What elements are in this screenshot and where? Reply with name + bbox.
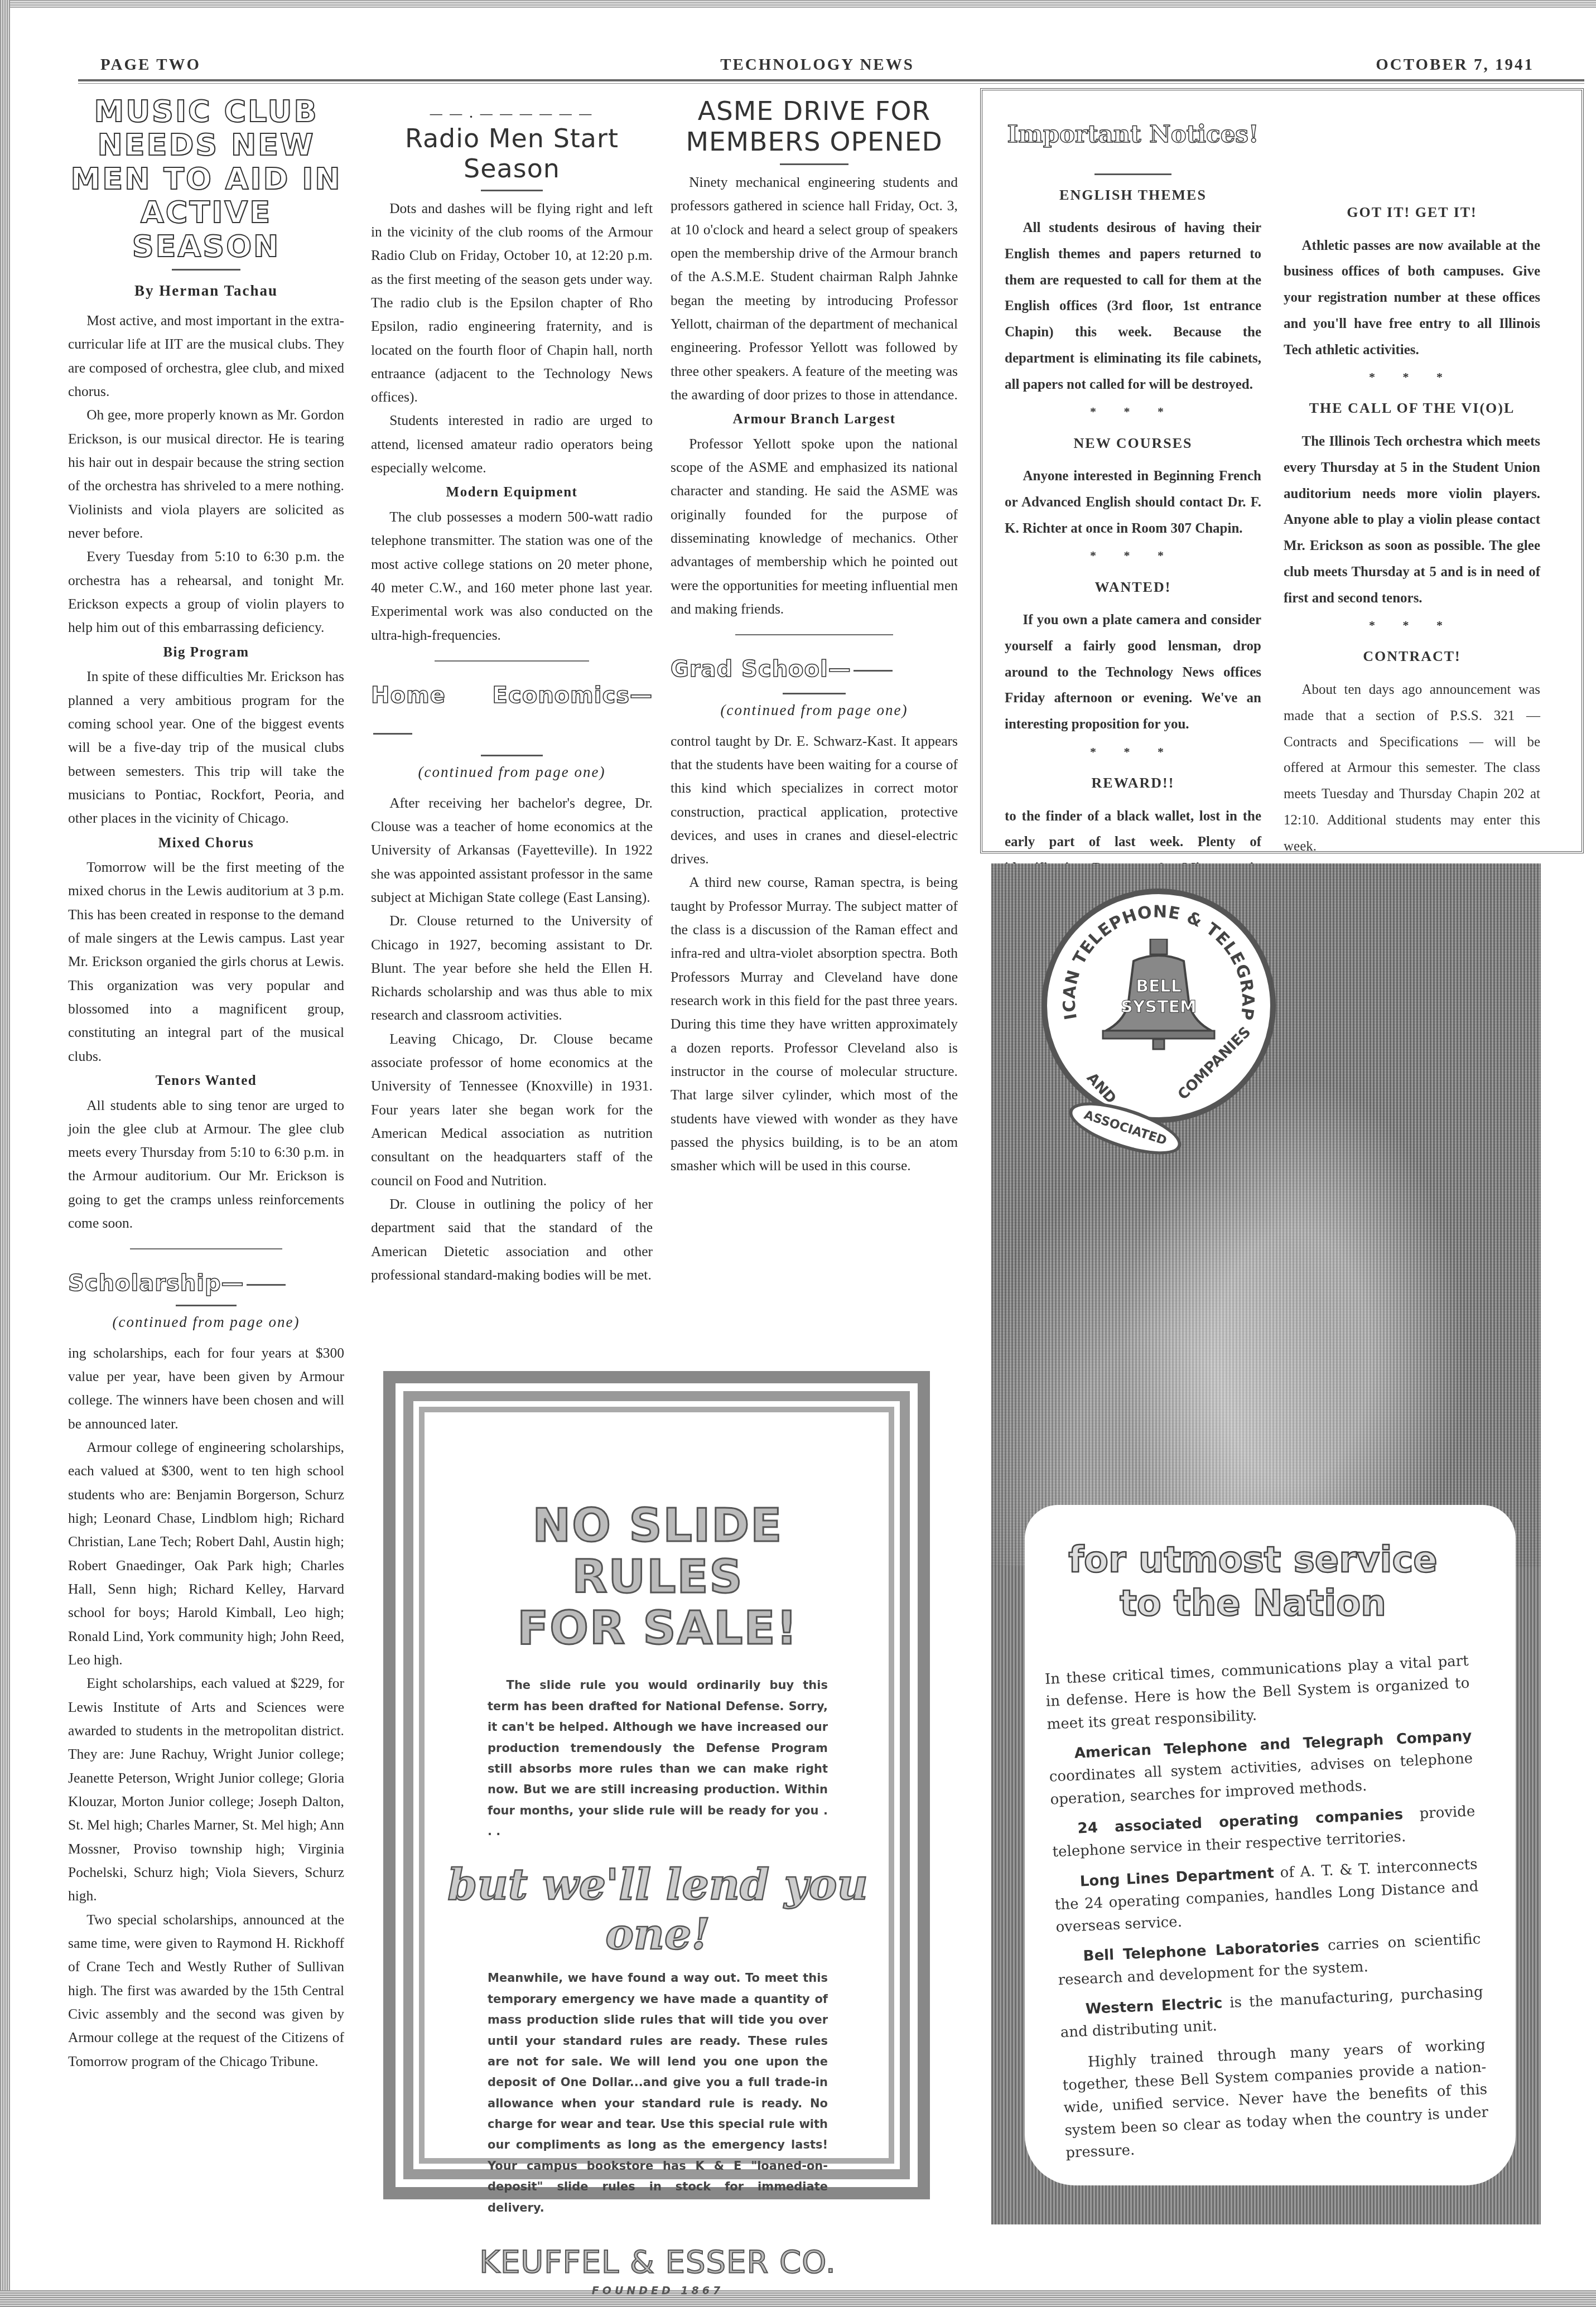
article-paragraph: Oh gee, more properly known as Mr. Gordo…	[68, 403, 344, 545]
article-paragraph: Most active, and most important in the e…	[68, 309, 344, 403]
newspaper-name: TECHNOLOGY NEWS	[100, 56, 1534, 74]
keuffel-esser-ad: NO SLIDE RULES FOR SALE! The slide rule …	[383, 1371, 930, 2199]
separator-stars: * * *	[1005, 544, 1261, 567]
notices-column-right: GOT IT! GET IT! Athletic passes are now …	[1284, 113, 1540, 908]
notice-body: About ten days ago announcement was made…	[1284, 677, 1540, 860]
article-paragraph: Two special scholarships, announced at t…	[68, 1908, 344, 2073]
notice-heading: CONTRACT!	[1284, 643, 1540, 670]
article-paragraph: The club possesses a modern 500-watt rad…	[371, 505, 653, 647]
notice-body: Anyone interested in Beginning French or…	[1005, 464, 1261, 542]
separator-stars: * * *	[1005, 740, 1261, 763]
ke-founded: FOUNDED 1867	[440, 2285, 875, 2297]
notice-heading: GOT IT! GET IT!	[1284, 199, 1540, 226]
separator-stars: * * *	[1284, 365, 1540, 388]
headline-asme: ASME DRIVE FOR MEMBERS OPENED	[671, 96, 958, 158]
divider	[481, 190, 543, 191]
ke-ad-body: Meanwhile, we have found a way out. To m…	[488, 1968, 828, 2218]
divider	[1094, 173, 1171, 175]
scan-edge-top	[0, 0, 1596, 8]
notice-body: The Illinois Tech orchestra which meets …	[1284, 429, 1540, 611]
article-paragraph: Professor Yellott spoke upon the nationa…	[671, 432, 958, 621]
bell-ad-intro: In these critical times, communications …	[1044, 1650, 1471, 1736]
article-paragraph: After receiving her bachelor's degree, D…	[371, 791, 653, 910]
column-asme: ASME DRIVE FOR MEMBERS OPENED Ninety mec…	[671, 96, 958, 1178]
ke-ad-headline-line1: NO SLIDE RULES	[440, 1500, 875, 1603]
bell-ad-item-lead: Western Electric	[1085, 1995, 1223, 2018]
separator-stars: * * *	[1005, 400, 1261, 423]
article-paragraph: A third new course, Raman spectra, is be…	[671, 871, 958, 1177]
ke-ad-headline-line2: FOR SALE!	[440, 1603, 875, 1654]
notice-heading: ENGLISH THEMES	[1005, 182, 1261, 209]
ke-ad-content: NO SLIDE RULES FOR SALE! The slide rule …	[440, 1383, 875, 2297]
article-paragraph: Ninety mechanical engineering students a…	[671, 171, 958, 407]
divider	[481, 755, 543, 756]
bell-ad-headline-line1: for utmost service	[1041, 1538, 1465, 1582]
article-paragraph: Students interested in radio are urged t…	[371, 409, 653, 480]
svg-text:AND: AND	[1083, 1070, 1120, 1107]
bell-ad-item-lead: Long Lines Department	[1079, 1865, 1274, 1890]
continued-note: (continued from page one)	[671, 698, 958, 723]
article-paragraph: Dr. Clouse returned to the University of…	[371, 909, 653, 1027]
subhead: Big Program	[68, 641, 344, 664]
issue-date: OCTOBER 7, 1941	[1376, 56, 1534, 74]
bell-ad-closing: Highly trained through many years of wor…	[1061, 2034, 1489, 2164]
subhead: Mixed Chorus	[68, 832, 344, 855]
bell-ad-headline: for utmost service to the Nation	[1041, 1538, 1465, 1625]
subhead: Armour Branch Largest	[671, 408, 958, 431]
notices-title: Important Notices!	[1005, 113, 1261, 157]
article-paragraph: Every Tuesday from 5:10 to 6:30 p.m. the…	[68, 545, 344, 639]
divider	[130, 1248, 282, 1249]
heading-home-economics: Home Economics—	[371, 677, 653, 751]
important-notices-box: Important Notices! ENGLISH THEMES All st…	[980, 88, 1584, 853]
ke-ad-headline: NO SLIDE RULES FOR SALE!	[440, 1500, 875, 1654]
scan-edge-left	[0, 0, 10, 2307]
continued-note: (continued from page one)	[371, 760, 653, 785]
page-header: PAGE TWO TECHNOLOGY NEWS OCTOBER 7, 1941	[100, 56, 1534, 78]
bell-system-logo: AMERICAN TELEPHONE & TELEGRAPH CO. AND C…	[1042, 889, 1276, 1123]
subhead: Tenors Wanted	[68, 1069, 344, 1093]
ke-ad-body: The slide rule you would ordinarily buy …	[488, 1675, 828, 1842]
bell-system-ad: AMERICAN TELEPHONE & TELEGRAPH CO. AND C…	[991, 863, 1541, 2224]
article-paragraph: Leaving Chicago, Dr. Clouse became assoc…	[371, 1027, 653, 1193]
divider	[435, 660, 590, 662]
article-paragraph: Eight scholarships, each valued at $229,…	[68, 1672, 344, 1908]
article-paragraph: All students able to sing tenor are urge…	[68, 1094, 344, 1235]
column-music-club: MUSIC CLUB NEEDS NEW MEN TO AID IN ACTIV…	[68, 95, 344, 2073]
header-rule	[78, 79, 1584, 84]
subhead: Modern Equipment	[371, 481, 653, 504]
morse-kicker: — — . — — — — — —	[371, 108, 653, 120]
notice-heading: WANTED!	[1005, 574, 1261, 601]
notice-body: All students desirous of having their En…	[1005, 215, 1261, 398]
byline: By Herman Tachau	[68, 278, 344, 303]
continued-note: (continued from page one)	[68, 1310, 344, 1335]
notice-heading: REWARD!!	[1005, 770, 1261, 797]
article-paragraph: ing scholarships, each for four years at…	[68, 1341, 344, 1436]
ke-company-name: KEUFFEL & ESSER CO.	[440, 2244, 875, 2280]
article-paragraph: In spite of these difficulties Mr. Erick…	[68, 665, 344, 830]
bell-ad-copy: for utmost service to the Nation In thes…	[1039, 1529, 1490, 2172]
bell-ad-item: Western Electric is the manufacturing, p…	[1059, 1981, 1484, 2044]
divider	[176, 1305, 237, 1306]
headline-music-club: MUSIC CLUB NEEDS NEW MEN TO AID IN ACTIV…	[68, 95, 344, 263]
ke-ad-script-tagline: but we'll lend you one!	[440, 1860, 875, 1959]
bell-ad-item: Long Lines Department of A. T. & T. inte…	[1053, 1853, 1480, 1939]
divider	[735, 634, 893, 635]
bell-ad-item: American Telephone and Telegraph Company…	[1048, 1725, 1474, 1811]
bell-ad-item: 24 associated operating companies provid…	[1051, 1800, 1477, 1864]
column-radio: — — . — — — — — — Radio Men Start Season…	[371, 98, 653, 1287]
bell-ad-headline-line2: to the Nation	[1041, 1582, 1465, 1626]
notices-column-left: Important Notices! ENGLISH THEMES All st…	[1005, 113, 1261, 908]
article-paragraph: control taught by Dr. E. Schwarz-Kast. I…	[671, 730, 958, 871]
article-paragraph: Armour college of engineering scholarshi…	[68, 1436, 344, 1672]
article-paragraph: Dr. Clouse in outlining the policy of he…	[371, 1193, 653, 1287]
article-paragraph: Dots and dashes will be flying right and…	[371, 197, 653, 409]
separator-stars: * * *	[1284, 614, 1540, 636]
svg-text:SYSTEM: SYSTEM	[1121, 997, 1197, 1017]
notice-heading: NEW COURSES	[1005, 430, 1261, 457]
bell-ad-body: In these critical times, communications …	[1044, 1650, 1489, 2164]
notice-body: If you own a plate camera and consider y…	[1005, 607, 1261, 738]
bell-ad-item-lead: Bell Telephone Laboratories	[1083, 1938, 1319, 1965]
divider	[172, 269, 241, 271]
bell-ad-item: Bell Telephone Laboratories carries on s…	[1057, 1928, 1482, 1992]
notice-heading: THE CALL OF THE VI(O)L	[1284, 395, 1540, 422]
notice-body: Athletic passes are now available at the…	[1284, 233, 1540, 364]
headline-radio: Radio Men Start Season	[371, 123, 653, 184]
article-paragraph: Tomorrow will be the first meeting of th…	[68, 856, 344, 1068]
bell-icon: BELL SYSTEM	[1100, 939, 1217, 1050]
heading-grad-school: Grad School—	[671, 651, 958, 688]
svg-text:BELL: BELL	[1136, 977, 1182, 996]
divider	[783, 693, 846, 694]
heading-scholarship: Scholarship—	[68, 1265, 344, 1302]
divider	[780, 163, 849, 165]
